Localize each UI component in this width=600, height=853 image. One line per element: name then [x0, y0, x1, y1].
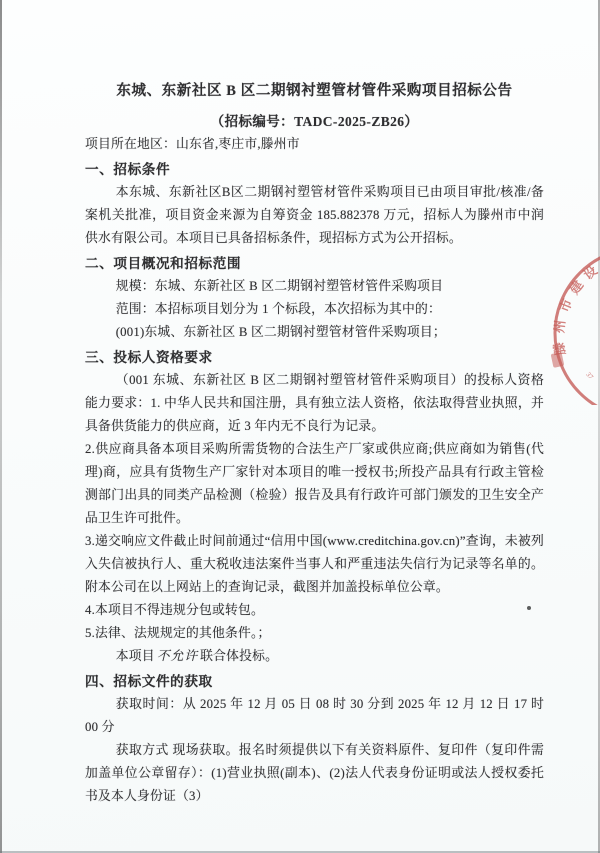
- document-title: 东城、东新社区 B 区二期钢衬塑管材管件采购项目招标公告: [85, 82, 544, 101]
- section-1-paragraph: 本东城、东新社区B区二期钢衬塑管材管件采购项目已由项目审批/核准/备案机关批准，…: [85, 181, 544, 250]
- qualification-paragraph-3: 3.递交响应文件截止时间前通过“信用中国(www.creditchina.gov…: [85, 530, 544, 599]
- project-scale-line: 规模：东城、东新社区 B 区二期钢衬塑管材管件采购项目: [85, 275, 544, 298]
- project-scope-line: 范围：本招标项目划分为 1 个标段，本次招标为其中的：: [85, 298, 544, 321]
- project-location-line: 项目所在地区：山东省,枣庄市,滕州市: [85, 133, 544, 156]
- seal-serial-number: 37: [584, 370, 595, 381]
- lot-001-line: (001)东城、东新社区 B 区二期钢衬塑管材管件采购项目；: [85, 321, 544, 344]
- seal-arc-char: 建: [566, 278, 586, 298]
- section-4-heading: 四、招标文件的获取: [85, 670, 544, 693]
- tender-number: （招标编号：TADC-2025-ZB26）: [85, 110, 544, 133]
- qualification-paragraph-1: （001 东城、东新社区 B 区二期钢衬塑管材管件采购项目）的投标人资格能力要求…: [85, 369, 544, 438]
- official-red-seal: 滕 州 市 建 设 37: [534, 253, 600, 405]
- obtain-method-paragraph: 获取方式 现场获取。报名时须提供以下有关资料原件、复印件（复印件需加盖单位公章留…: [85, 739, 544, 808]
- qualification-paragraph-4: 4.本项目不得违规分包或转包。: [85, 599, 544, 622]
- section-1-heading: 一、招标条件: [85, 158, 544, 181]
- joint-bid-note: 本项目不允许联合体投标。: [85, 645, 544, 668]
- joint-bid-note-emphasis: 不允许: [155, 649, 200, 663]
- section-3-heading: 三、投标人资格要求: [85, 346, 544, 369]
- joint-bid-note-pre: 本项目: [116, 649, 155, 663]
- scanned-document-page: 东城、东新社区 B 区二期钢衬塑管材管件采购项目招标公告 （招标编号：TADC-…: [0, 0, 600, 853]
- seal-arc-char: 州: [551, 319, 567, 334]
- obtain-time-line: 获取时间：从 2025 年 12 月 05 日 08 时 30 分到 2025 …: [85, 693, 544, 739]
- qualification-paragraph-2: 2.供应商具备本项目采购所需货物的合法生产厂家或供应商;供应商如为销售(代理)商…: [85, 438, 544, 530]
- seal-arc-char: 设: [580, 263, 600, 283]
- document-content: 东城、东新社区 B 区二期钢衬塑管材管件采购项目招标公告 （招标编号：TADC-…: [0, 0, 600, 808]
- qualification-paragraph-5: 5.法律、法规规定的其他条件。；: [85, 622, 544, 645]
- section-2-heading: 二、项目概况和招标范围: [85, 252, 544, 275]
- joint-bid-note-post: 联合体投标。: [200, 649, 278, 663]
- scan-speck: [527, 606, 531, 610]
